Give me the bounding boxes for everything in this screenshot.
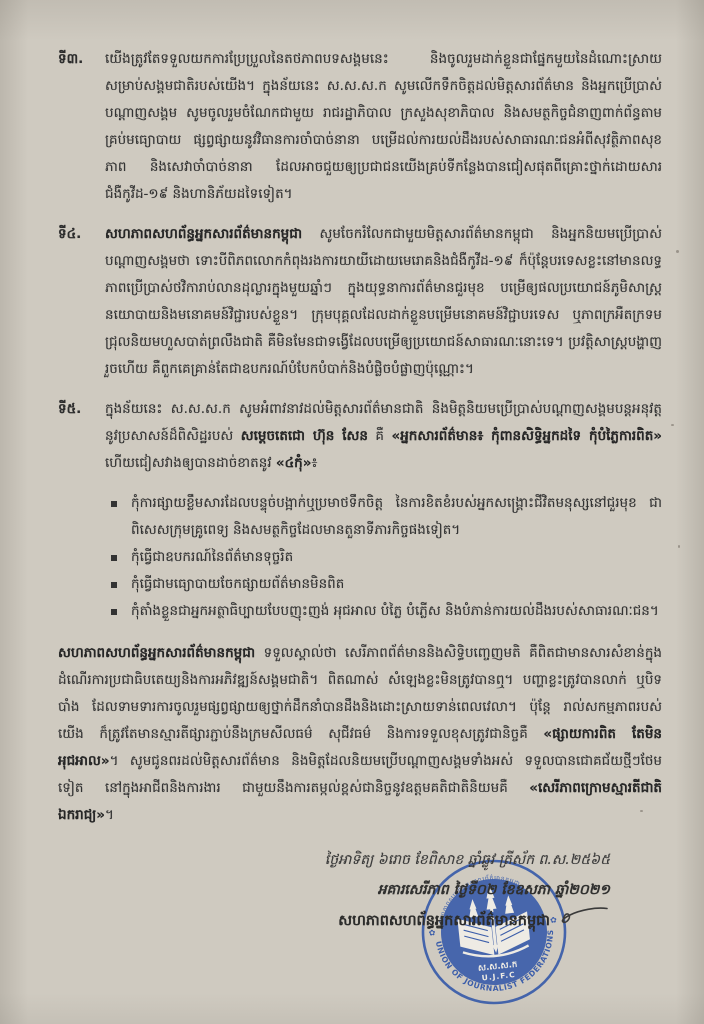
list-item: កុំធ្វើជាមធ្យោបាយចែកផ្សាយព័ត៌មានមិនពិត bbox=[105, 571, 662, 598]
list-item: កុំធ្វើជាឧបករណ៍នៃព័ត៌មានទុច្ចរិត bbox=[105, 544, 662, 571]
quote-journalists: «អ្នកសារព័ត៌មាន៖ កុំពានសិទ្ធិអ្នកដទៃ កុំ… bbox=[391, 428, 662, 444]
pm-name: សម្តេចតេជោ ហ៊ុន សែន bbox=[241, 428, 368, 444]
section-3: ទី៣. យើងត្រូវតែទទួលយកការប្រែប្រួលនៃតថភាព… bbox=[58, 46, 662, 208]
section-4-text: សហភាពសហព័ន្ធអ្នកសារព័ត៌មានកម្ពុជា សូមចែក… bbox=[105, 221, 662, 383]
lunar-date-line: ថ្ងៃអាទិត្យ ៦រោច ខែពិសាខ ឆ្នាំឆ្លូវ ត្រី… bbox=[58, 845, 610, 875]
org-name-bold: សហភាពសហព័ន្ធអ្នកសារព័ត៌មានកម្ពុជា bbox=[105, 226, 302, 242]
four-donts-list: កុំការផ្សាយខ្លឹមសារដែលបន្ទុច់បង្អាក់ឬប្រ… bbox=[58, 490, 662, 625]
scanned-document-page: ទី៣. យើងត្រូវតែទទួលយកការប្រែប្រួលនៃតថភាព… bbox=[0, 0, 704, 1024]
document-body: ទី៣. យើងត្រូវតែទទួលយកការប្រែប្រួលនៃតថភាព… bbox=[0, 0, 704, 940]
section-4-body: សូមចែករំលែកជាមួយមិត្តសារព័ត៌មានកម្ពុជា ន… bbox=[105, 226, 662, 377]
section-3-number: ទី៣. bbox=[58, 46, 105, 208]
closing-paragraph: សហភាពសហព័ន្ធអ្នកសារព័ត៌មានកម្ពុជា ទទួលស្… bbox=[58, 640, 662, 829]
section-3-text: យើងត្រូវតែទទួលយកការប្រែប្រួលនៃតថភាពបទសង្… bbox=[105, 46, 662, 208]
section-5-number: ទី៥. bbox=[58, 396, 105, 477]
section-4-number: ទី៤. bbox=[58, 221, 105, 383]
section-4: ទី៤. សហភាពសហព័ន្ធអ្នកសារព័ត៌មានកម្ពុជា ស… bbox=[58, 221, 662, 383]
quote-4kom: «៤កុំ» bbox=[276, 455, 312, 471]
org-name-bold: សហភាពសហព័ន្ធអ្នកសារព័ត៌មានកម្ពុជា bbox=[58, 645, 255, 661]
section-5: ទី៥. ក្នុងន័យនេះ ស.ស.ស.ក សូមអំពាវនាវដល់ម… bbox=[58, 396, 662, 477]
list-item: កុំតាំងខ្លួនជាអ្នកអត្ថាធិប្បាយបែបញុះញង់ … bbox=[105, 598, 662, 625]
list-item: កុំការផ្សាយខ្លឹមសារដែលបន្ទុច់បង្អាក់ឬប្រ… bbox=[105, 490, 662, 544]
organization-name-line: សហភាពសហព័ន្ធអ្នកសារព័ត៌មានកម្ពុជា bbox=[58, 905, 610, 940]
place-date-line: អគារសេរីភាព ថ្ងៃទី០២ ខែឧសភា ឆ្នាំ២០២១ bbox=[58, 875, 610, 905]
section-3-body: យើងត្រូវតែទទួលយកការប្រែប្រួលនៃតថភាពបទសង្… bbox=[105, 51, 662, 202]
signature-block: ថ្ងៃអាទិត្យ ៦រោច ខែពិសាខ ឆ្នាំឆ្លូវ ត្រី… bbox=[58, 845, 662, 940]
signature-mark bbox=[558, 905, 610, 940]
section-5-text: ក្នុងន័យនេះ ស.ស.ស.ក សូមអំពាវនាវដល់មិត្តស… bbox=[105, 396, 662, 477]
